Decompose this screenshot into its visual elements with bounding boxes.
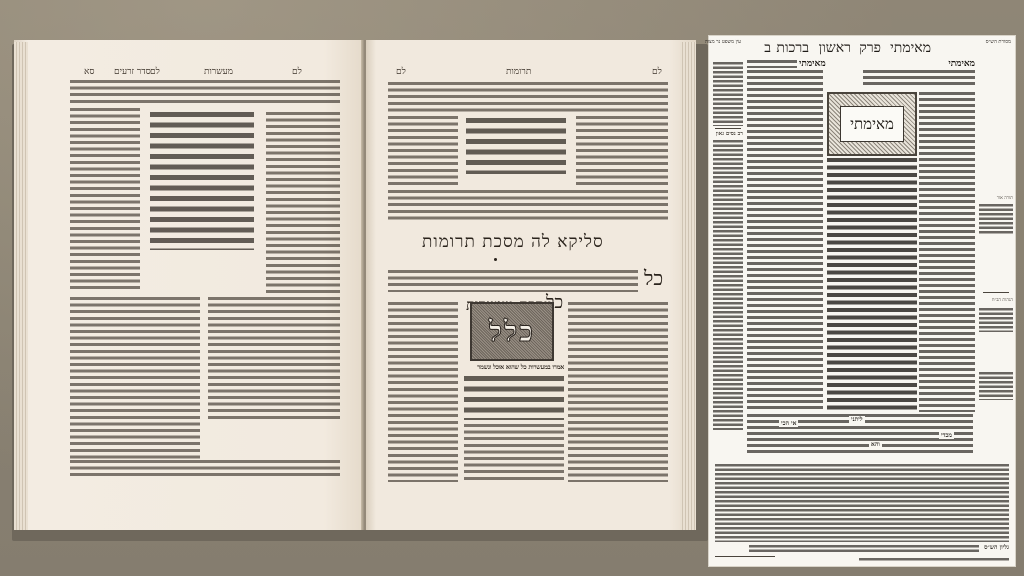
- tractate-name: מעשרות: [204, 66, 233, 77]
- left-page: סא סדר זרעים לם מעשרות לם: [14, 40, 366, 530]
- gemara-main-text: [827, 158, 917, 412]
- commentary-bottom: [70, 460, 340, 480]
- footnote-rule: [715, 556, 775, 557]
- commentary-left-column-lower: [388, 302, 458, 482]
- margin-references: [979, 204, 1013, 234]
- mishnah-end-text: [466, 118, 566, 174]
- ornament-dot: [494, 258, 497, 261]
- bottom-commentary: [715, 464, 1009, 542]
- frame-inner: מאימתי: [840, 106, 904, 142]
- commentary-top: [70, 80, 340, 106]
- rav-nissim-gaon-column: [713, 140, 743, 430]
- hagahot-column: [979, 308, 1013, 332]
- commentary-intro: [388, 270, 638, 292]
- divider: [715, 128, 741, 129]
- commentary-right-column-lower: [568, 302, 668, 482]
- mishnah-main-text: [464, 376, 564, 420]
- highlight-word: מכדי: [939, 432, 954, 439]
- rashi-top: [863, 70, 975, 88]
- page-edges-right: [680, 42, 696, 530]
- tractate-name: ברכות: [776, 40, 809, 57]
- right-page: לם תרומות לם סליקא לה מסכת תרומות כל מסכ…: [366, 40, 696, 530]
- mishnah-opening-line: אמרו במעשרות כל שהוא אוכל ונשמר: [464, 362, 564, 374]
- decorative-title-frame: מאימתי: [827, 92, 917, 156]
- order-name: סדר זרעים: [114, 66, 151, 77]
- folio-letter: ב: [764, 40, 771, 57]
- side-initial: כל: [644, 266, 663, 291]
- ein-mishpat-column: [713, 62, 743, 126]
- divider: [983, 292, 1009, 293]
- modern-talmud-page: מסורת הש״ס מאימתי פרק ראשון ברכות ב עין …: [709, 36, 1015, 566]
- mishnah-main-text: [150, 112, 254, 250]
- gilyon-text: [749, 545, 979, 553]
- commentary-lower-left: [70, 297, 200, 459]
- highlight-word: והא: [869, 441, 882, 448]
- running-abbr: לם: [396, 66, 406, 77]
- rashi-column: [919, 92, 975, 412]
- chapter-word: מאימתי: [890, 40, 931, 57]
- commentary-right-column: [576, 116, 668, 188]
- masoret-hashas-label: מסורת הש״ס: [989, 40, 1011, 46]
- decorated-initial-woodcut: כלל: [470, 302, 554, 361]
- commentary-lower-right: [208, 297, 340, 420]
- highlight-word: ליתני: [849, 416, 865, 423]
- commentary-center-lower: [464, 424, 564, 482]
- torah-or-label: תורה אור: [977, 196, 1013, 201]
- running-abbr: לם: [292, 66, 302, 77]
- tosafot-first-line: [747, 60, 797, 68]
- tosafot-column: [747, 70, 823, 410]
- commentary-mid: [388, 190, 668, 222]
- margin-notes-lower: [979, 372, 1013, 400]
- frame-title-word: מאימתי: [850, 115, 894, 134]
- commentary-right-column: [266, 112, 340, 294]
- highlight-word: אי הכי: [779, 420, 798, 427]
- footnote-text: [859, 558, 1009, 562]
- running-abbr: לם: [652, 66, 662, 77]
- commentary-top: [388, 82, 668, 114]
- woodcut-word: כלל: [489, 315, 535, 349]
- ein-mishpat-label: עין משפט נר מצוה: [715, 40, 741, 46]
- rishon-label: ראשון: [819, 40, 851, 57]
- colophon-heading: סליקא לה מסכת תרומות: [422, 232, 604, 252]
- commentary-left-column: [70, 108, 140, 293]
- running-abbr: לם: [150, 66, 160, 77]
- old-book-scan: סא סדר זרעים לם מעשרות לם לם תרומות לם: [10, 40, 702, 535]
- perek-label: פרק: [859, 40, 881, 57]
- folio-number: סא: [84, 66, 95, 77]
- gilyon-hashas-label: גליון הש״ס: [981, 544, 1009, 551]
- tractate-name: תרומות: [506, 66, 531, 77]
- rashi-lead-word: מאימתי: [946, 58, 975, 69]
- page-header: מסורת הש״ס מאימתי פרק ראשון ברכות ב עין …: [709, 40, 1015, 58]
- commentary-left-column: [388, 116, 458, 186]
- hagahot-label: הגהות הב״ח: [977, 298, 1013, 303]
- page-edges-left: [14, 42, 28, 530]
- tosafot-lead-word: מאימתי: [797, 58, 826, 69]
- rav-nissim-gaon-label: רב נסים גאון: [713, 132, 743, 137]
